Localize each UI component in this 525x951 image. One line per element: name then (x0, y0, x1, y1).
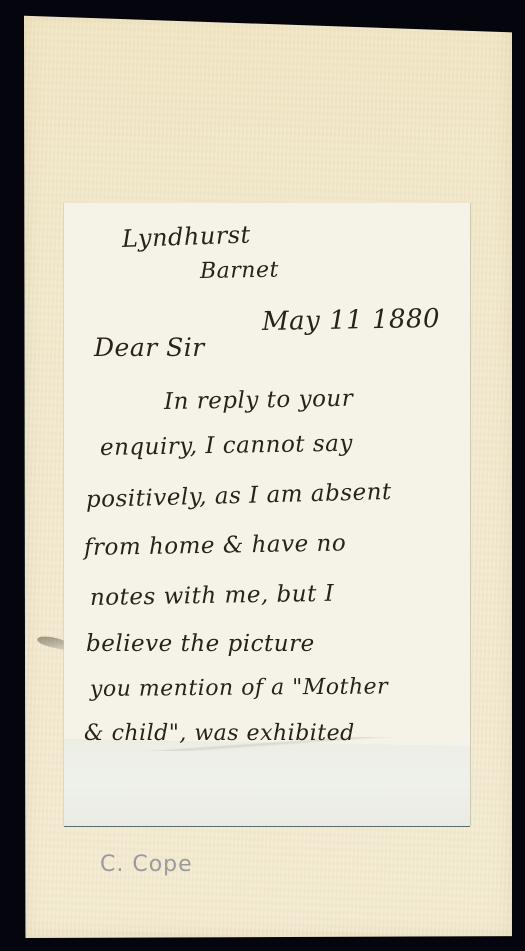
body-line: & child", was exhibited (84, 721, 355, 746)
body-line: notes with me, but I (90, 581, 335, 611)
letter-sheet: Lyndhurst Barnet May 11 1880 Dear Sir In… (64, 203, 470, 826)
body-line: from home & have no (84, 530, 347, 561)
body-line: you mention of a "Mother (90, 674, 388, 702)
salutation: Dear Sir (94, 333, 205, 362)
body-line: believe the picture (86, 631, 315, 657)
address-line-1: Lyndhurst (122, 221, 252, 253)
letter-date: May 11 1880 (262, 304, 441, 337)
address-line-2: Barnet (200, 258, 279, 284)
body-line: In reply to your (164, 386, 354, 415)
pencil-attribution-note: C. Cope (100, 852, 193, 877)
body-line: enquiry, I cannot say (100, 431, 353, 461)
body-line: positively, as I am absent (86, 479, 392, 513)
